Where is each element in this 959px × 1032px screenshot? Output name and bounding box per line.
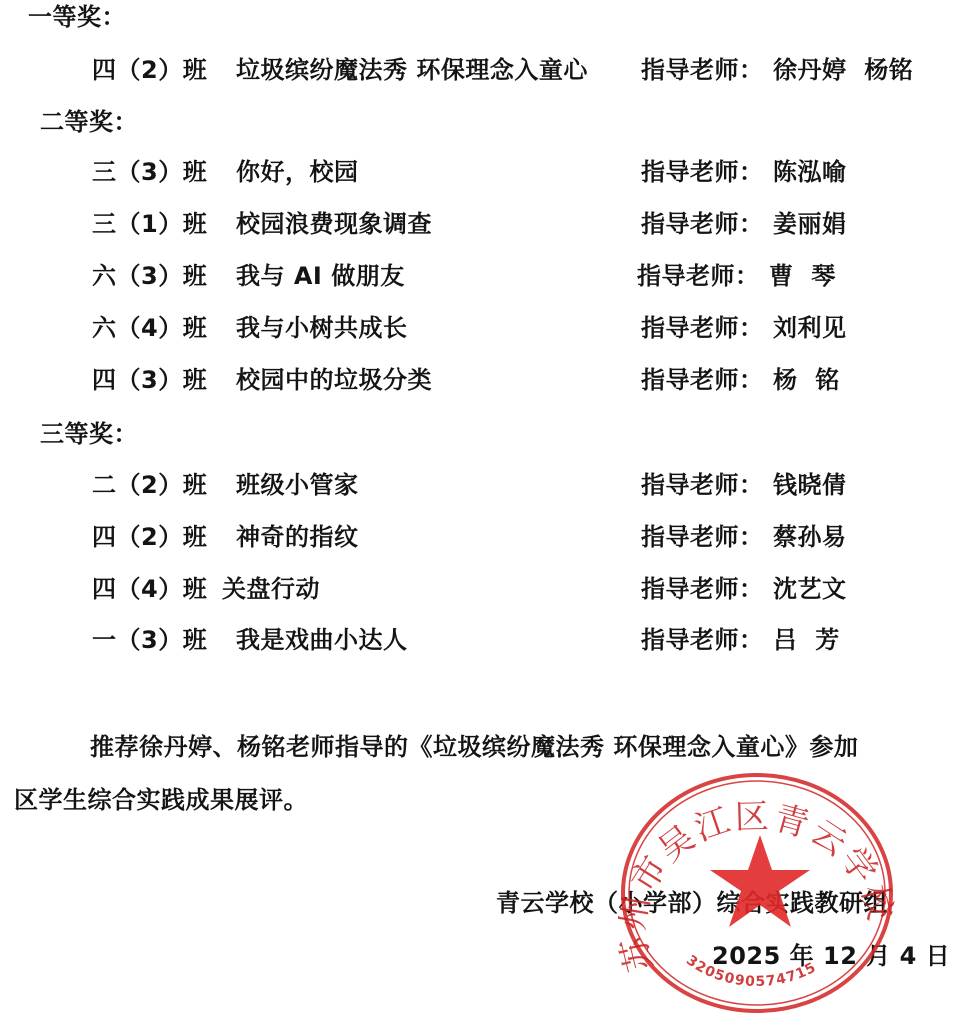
award-entry-class: 二（2）班 [92,471,207,499]
award-entry-title: 关盘行动 [222,575,320,603]
award-entry-teacher-label: 指导老师： [641,366,764,394]
award-entry-teacher: 蔡孙易 [773,523,847,551]
award-entry-class: 三（3）班 [92,158,207,186]
award-entry-class: 四（2）班 [92,523,207,551]
award-entry-teacher-label: 指导老师： [637,262,760,290]
award-entry-teacher: 曹 琴 [769,262,836,290]
award-entry-teacher: 吕 芳 [773,626,840,654]
award-entry-title: 我与 AI 做朋友 [236,262,405,290]
award-entry-teacher-label: 指导老师： [641,314,764,342]
award-entry-teacher-label: 指导老师： [641,523,764,551]
award-entry-class: 一（3）班 [92,626,207,654]
award-entry-title: 校园浪费现象调查 [236,210,432,238]
award-entry-teacher-label: 指导老师： [641,158,764,186]
award-entry-teacher-label: 指导老师： [641,210,764,238]
award-entry-teacher: 沈艺文 [773,575,847,603]
award-entry-teacher: 徐丹婷 杨铭 [773,56,913,84]
recommendation-line-2: 区学生综合实践成果展评。 [14,786,308,814]
award-entry-teacher: 钱晓倩 [773,471,847,499]
award-entry-class: 四（4）班 [92,575,207,603]
award-entry-teacher: 刘利见 [773,314,847,342]
recommendation-line-1: 推荐徐丹婷、杨铭老师指导的《垃圾缤纷魔法秀 环保理念入童心》参加 [90,733,858,761]
award-entry-teacher-label: 指导老师： [641,575,764,603]
signature-organization: 青云学校（小学部）综合实践教研组 [496,889,888,917]
award-entry-class: 四（2）班 [92,56,207,84]
award-entry-title: 我是戏曲小达人 [236,626,408,654]
award-entry-class: 三（1）班 [92,210,207,238]
award-entry-title: 我与小树共成长 [236,314,408,342]
award-entry-teacher: 姜丽娟 [773,210,847,238]
award-entry-title: 垃圾缤纷魔法秀 环保理念入童心 [236,56,588,84]
award-entry-title: 班级小管家 [236,471,359,499]
award-entry-teacher: 杨 铭 [773,366,840,394]
award-entry-title: 神奇的指纹 [236,523,359,551]
award-entry-title: 你好，校园 [236,158,359,186]
award-entry-class: 六（4）班 [92,314,207,342]
third-prize-heading: 三等奖： [40,420,138,448]
second-prize-heading: 二等奖： [40,108,138,136]
award-entry-teacher: 陈泓喻 [773,158,847,186]
signature-date: 2025 年 12 月 4 日 [712,942,950,970]
award-entry-teacher-label: 指导老师： [641,626,764,654]
award-entry-teacher-label: 指导老师： [641,471,764,499]
award-entry-class: 四（3）班 [92,366,207,394]
award-entry-teacher-label: 指导老师： [641,56,764,84]
award-entry-class: 六（3）班 [92,262,207,290]
award-entry-title: 校园中的垃圾分类 [236,366,432,394]
first-prize-heading: 一等奖： [28,3,126,31]
